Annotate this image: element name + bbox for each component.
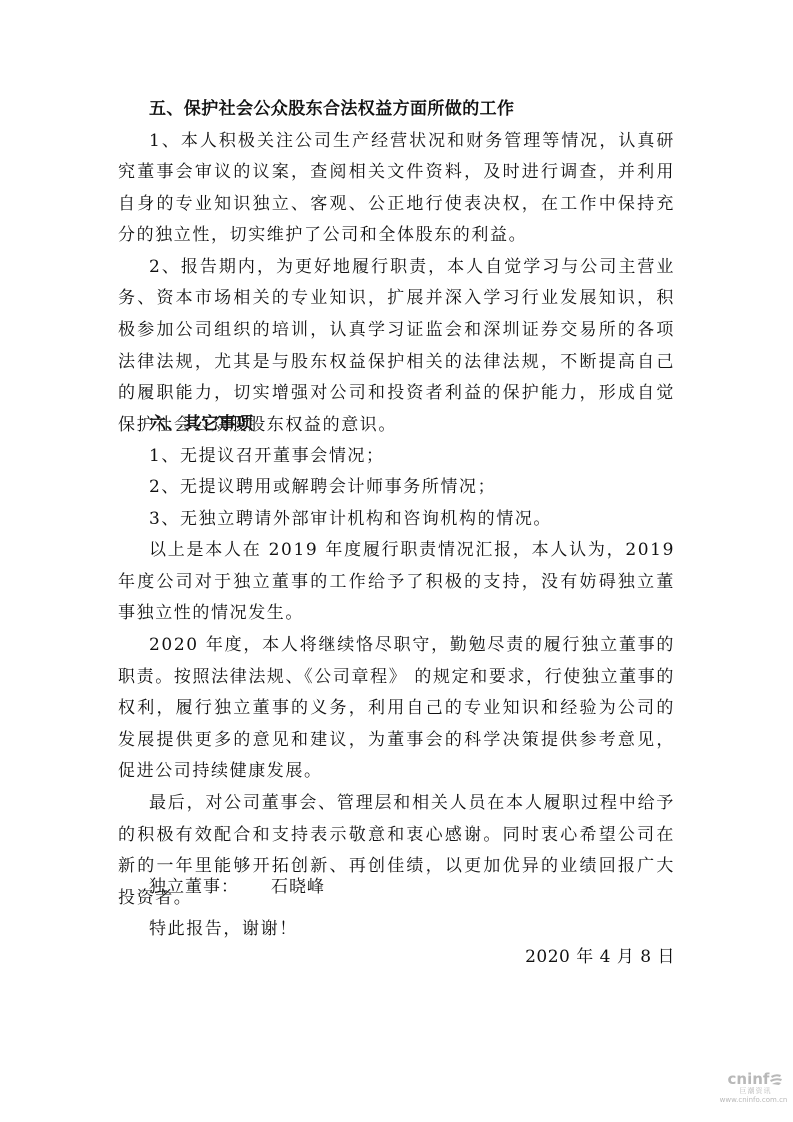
paragraph: 以上是本人在 2019 年度履行职责情况汇报，本人认为，2019 年度公司对于独… — [118, 535, 675, 630]
section-six: 六、其它事项 1、无提议召开董事会情况； 2、无提议聘用或解聘会计师事务所情况；… — [118, 409, 675, 946]
watermark-cn: 巨潮资讯 — [718, 1087, 793, 1096]
list-item: 1、无提议召开董事会情况； — [118, 441, 675, 473]
cninfo-logo-icon — [769, 1073, 783, 1086]
signature-name: 石晓峰 — [271, 877, 325, 897]
list-item: 2、无提议聘用或解聘会计师事务所情况； — [118, 472, 675, 504]
watermark-url: www.cninfo.com.cn — [714, 1096, 793, 1105]
watermark-brand: cninf — [728, 1070, 770, 1088]
section-heading: 五、保护社会公众股东合法权益方面所做的工作 — [118, 94, 675, 126]
document-date: 2020 年 4 月 8 日 — [525, 942, 675, 967]
signature: 独立董事：石晓峰 — [149, 872, 325, 897]
paragraph: 1、本人积极关注公司生产经营状况和财务管理等情况，认真研究董事会审议的议案，查阅… — [118, 126, 675, 252]
list-item: 3、无独立聘请外部审计机构和咨询机构的情况。 — [118, 504, 675, 536]
cninfo-watermark: cninf 巨潮资讯 www.cninfo.com.cn — [718, 1072, 793, 1105]
paragraph: 2020 年度，本人将继续恪尽职守，勤勉尽责的履行独立董事的职责。按照法律法规、… — [118, 630, 675, 788]
section-heading: 六、其它事项 — [118, 409, 675, 441]
section-five: 五、保护社会公众股东合法权益方面所做的工作 1、本人积极关注公司生产经营状况和财… — [118, 94, 675, 441]
signature-label: 独立董事： — [149, 877, 239, 897]
document-page: 五、保护社会公众股东合法权益方面所做的工作 1、本人积极关注公司生产经营状况和财… — [0, 0, 793, 1122]
